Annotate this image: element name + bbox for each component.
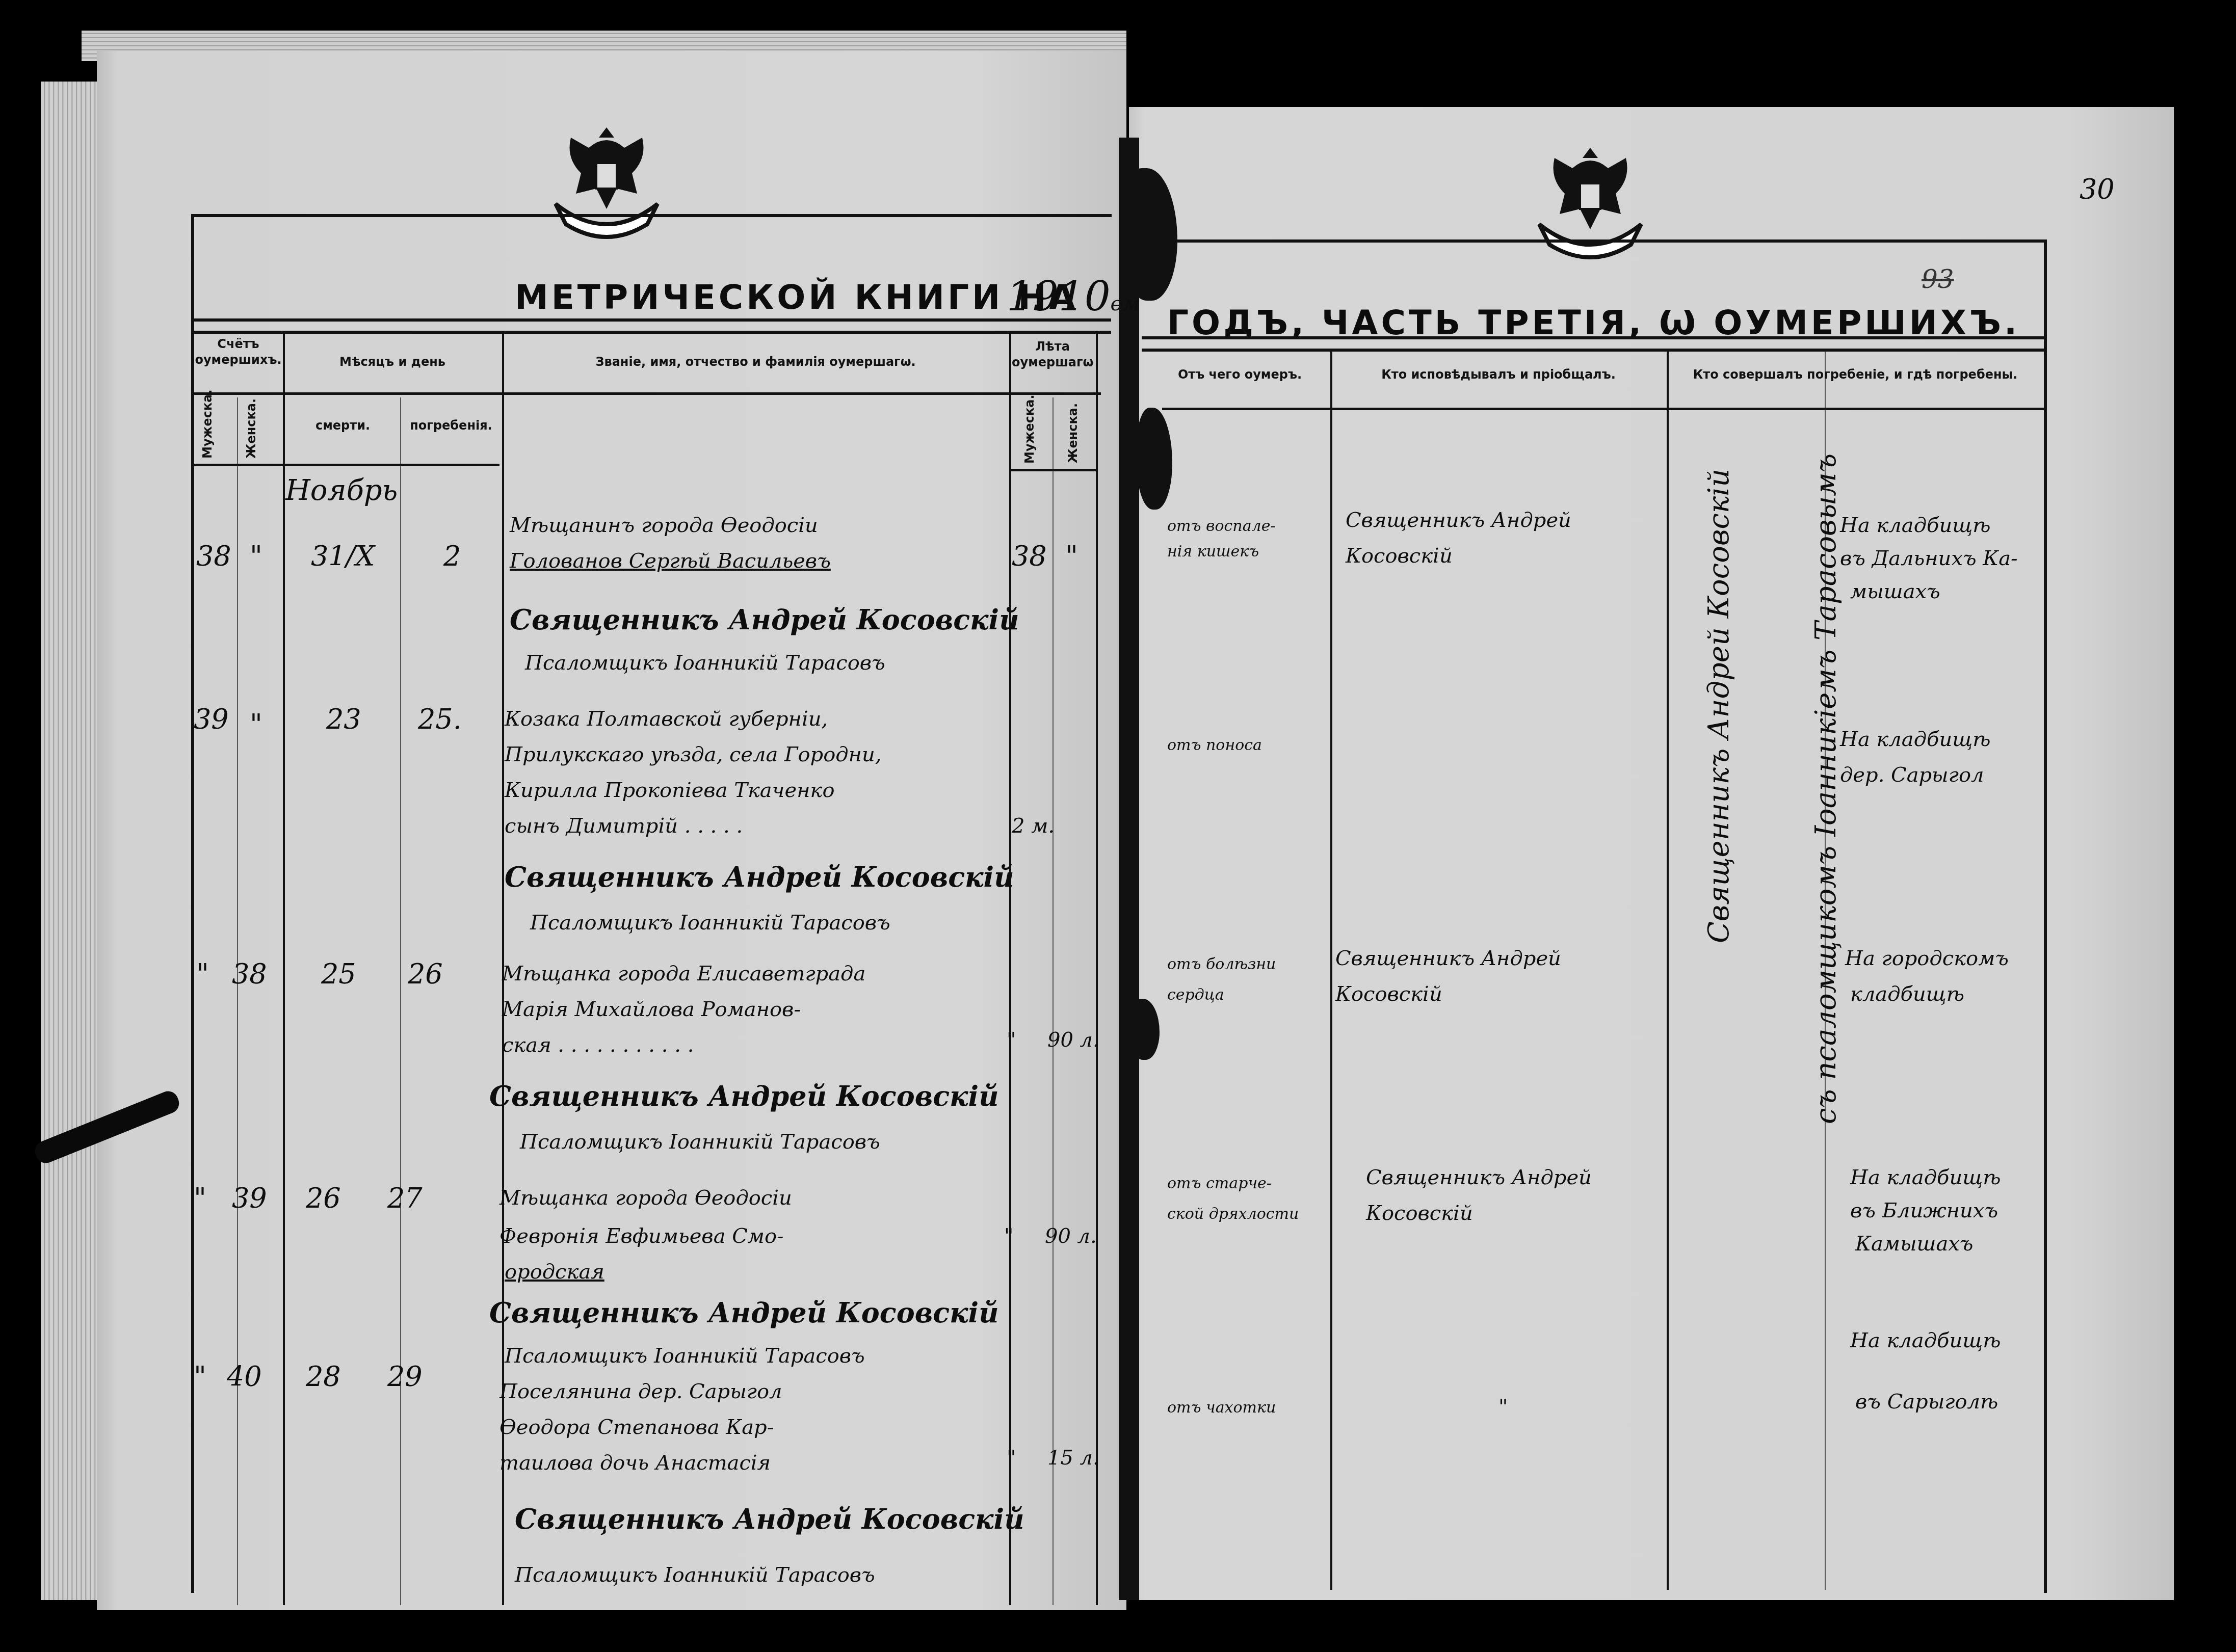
cause-of-death: ской дряхлости [1167, 1203, 1299, 1227]
burial-date: 26 [408, 953, 443, 996]
death-date: 28 [306, 1355, 341, 1398]
confessor: Священникъ Андрей [1366, 1162, 1592, 1193]
age-female: 90 л. [1047, 1024, 1099, 1056]
entry-text-line: Голованов Сергѣй Васильевъ [510, 545, 831, 577]
entry-text-line: Мѣщанка города Елисаветграда [502, 958, 865, 990]
cause-of-death: сердца [1167, 983, 1224, 1007]
burial-place: На городскомъ [1845, 943, 2009, 974]
header-burial: погребенія. [403, 418, 499, 434]
header-count-male: Мужеска. [200, 403, 216, 459]
month-label: Ноябрь [285, 469, 398, 513]
count-male: " [196, 953, 209, 996]
entry-text-line: ородская [505, 1256, 604, 1288]
entry-text-line: таилова дочь Анастасія [499, 1447, 771, 1479]
header-death: смерти. [285, 418, 400, 434]
age-male: " [1007, 1442, 1016, 1474]
burial-place: въ Дальнихъ Ка- [1840, 543, 2018, 574]
header-cause: Отъ чего оумеръ. [1152, 367, 1328, 383]
psalmist-signature: Псаломщикъ Іоанникій Тарасовъ [525, 647, 885, 679]
entry-text-line: Поселянина дер. Сарыгол [499, 1376, 782, 1407]
col-divider [1330, 352, 1332, 1590]
age-male: 2 м. [1012, 810, 1055, 842]
burial-place: На кладбищѣ [1850, 1162, 2001, 1193]
vertical-priest-note: Священникъ Андрей Косовскій [1697, 469, 1742, 1427]
book-spine [1119, 138, 1139, 1600]
col-divider [1009, 331, 1011, 1605]
age-male: " [1007, 1024, 1016, 1056]
col-divider [237, 397, 238, 1605]
count-female: " [250, 703, 262, 746]
burial-place: дер. Сарыгол [1840, 759, 1984, 791]
priest-signature: Священникъ Андрей Косовскій [505, 856, 1014, 899]
entry-text-line: Кирилла Прокопіева Ткаченко [505, 775, 834, 806]
psalmist-signature: Псаломщикъ Іоанникій Тарасовъ [530, 907, 890, 939]
priest-signature: Священникъ Андрей Косовскій [515, 1498, 1024, 1541]
age-male: 38 [1012, 535, 1047, 578]
entry-text-line: Прилукскаго уѣзда, села Городни, [505, 739, 881, 770]
burial-place: На кладбищѣ [1840, 724, 1991, 755]
entry-text-line: Ѳеодора Степанова Кар- [499, 1411, 774, 1443]
entry-text-line: сынъ Димитрій . . . . . [505, 810, 743, 842]
col-divider [283, 331, 285, 1605]
age-female: 15 л. [1047, 1442, 1099, 1474]
burial-date: 2 [443, 535, 461, 578]
header-age: Лѣта оумершагѡ [1012, 339, 1093, 370]
confessor: Священникъ Андрей [1335, 943, 1561, 974]
col-divider [1667, 352, 1669, 1590]
cause-of-death: отъ поноса [1167, 734, 1262, 758]
burial-place: въ Сарыголѣ [1855, 1386, 1998, 1418]
col-divider [1053, 397, 1054, 1605]
confessor-ditto: " [1498, 1391, 1508, 1423]
burial-place: На кладбищѣ [1850, 1325, 2001, 1356]
age-female: " [1065, 535, 1078, 578]
burial-place: кладбищѣ [1850, 978, 1964, 1010]
header-count-female: Женска. [244, 403, 259, 459]
count-female: 38 [232, 953, 267, 996]
priest-signature: Священникъ Андрей Косовскій [489, 1292, 998, 1335]
col-divider [400, 397, 401, 1605]
burial-date: 25. [418, 698, 462, 741]
death-date: 25 [321, 953, 356, 996]
burial-place: мышахъ [1850, 576, 1940, 607]
entry-text-line: Марія Михайлова Романов- [502, 994, 801, 1025]
psalmist-signature: Псаломщикъ Іоанникій Тарасовъ [520, 1126, 880, 1158]
vertical-psalmist-note: съ псаломщикомъ Іоанникіемъ Тарасовымъ [1804, 454, 1849, 1427]
death-date: 26 [306, 1177, 341, 1220]
col-divider [1096, 331, 1098, 1605]
entry-text-line: Мѣщанинъ города Ѳеодосіи [510, 510, 818, 541]
page-stack-edge [41, 82, 102, 1600]
burial-place: въ Ближнихъ [1850, 1195, 1998, 1227]
header-confessed: Кто исповѣдывалъ и пріобщалъ. [1333, 367, 1664, 383]
header-month-day: Мѣсяцъ и день [285, 354, 499, 370]
header-double-rule [194, 318, 1111, 334]
count-male: 38 [196, 535, 231, 578]
count-female: " [250, 535, 262, 578]
count-female: 39 [232, 1177, 267, 1220]
entry-text-line: ская . . . . . . . . . . . [502, 1029, 694, 1061]
header-rule [1162, 408, 2044, 410]
death-date: 23 [326, 698, 361, 741]
cause-of-death: отъ воспале- [1167, 515, 1276, 539]
cause-of-death: отъ чахотки [1167, 1396, 1276, 1420]
confessor: Косовскій [1366, 1197, 1473, 1229]
subheader-rule [1009, 469, 1096, 471]
entry-text-line: Февронія Евфимьева Смо- [499, 1220, 784, 1252]
page-number: 30 [2080, 168, 2115, 211]
psalmist-signature: Псаломщикъ Іоанникій Тарасовъ [515, 1559, 875, 1591]
header-double-rule [1142, 336, 2044, 352]
count-male: 39 [194, 698, 229, 741]
header-count: Счётъ оумершихъ. [194, 336, 283, 368]
death-date: 31/X [311, 535, 375, 578]
subheader-rule [194, 464, 499, 466]
cause-of-death: нія кишекъ [1167, 540, 1259, 564]
burial-date: 29 [387, 1355, 423, 1398]
entry-text-line: Мѣщанка города Ѳеодосіи [499, 1182, 792, 1214]
confessor: Косовскій [1335, 978, 1442, 1010]
entry-text-line: Козака Полтавской губерніи, [505, 703, 828, 735]
count-female: 40 [227, 1355, 262, 1398]
header-burial-by: Кто совершалъ погребеніе, и гдѣ погребен… [1669, 367, 2041, 383]
count-male: " [194, 1355, 206, 1398]
header-rule [194, 392, 1101, 395]
count-male: " [194, 1177, 206, 1220]
cause-of-death: отъ старче- [1167, 1172, 1272, 1196]
burial-place: На кладбищѣ [1840, 510, 1991, 541]
psalmist-signature: Псаломщикъ Іоанникій Тарасовъ [505, 1340, 865, 1372]
age-female: 90 л. [1045, 1220, 1097, 1252]
cause-of-death: отъ болѣзни [1167, 953, 1276, 977]
priest-signature: Священникъ Андрей Косовскій [510, 599, 1019, 642]
burial-date: 27 [387, 1177, 423, 1220]
age-male: " [1004, 1220, 1013, 1252]
left-page-title: МЕТРИЧЕСКОЙ КНИГИ НА [515, 278, 1078, 317]
confessor: Священникъ Андрей [1346, 504, 1571, 536]
burial-place: Камышахъ [1855, 1228, 1974, 1260]
header-age-male: Мужеска. [1022, 403, 1038, 464]
header-name: Званіе, имя, отчество и фамилія оумершаг… [505, 354, 1007, 370]
confessor: Косовскій [1346, 540, 1453, 572]
header-age-female: Женска. [1065, 403, 1081, 464]
priest-signature: Священникъ Андрей Косовскій [489, 1075, 998, 1118]
